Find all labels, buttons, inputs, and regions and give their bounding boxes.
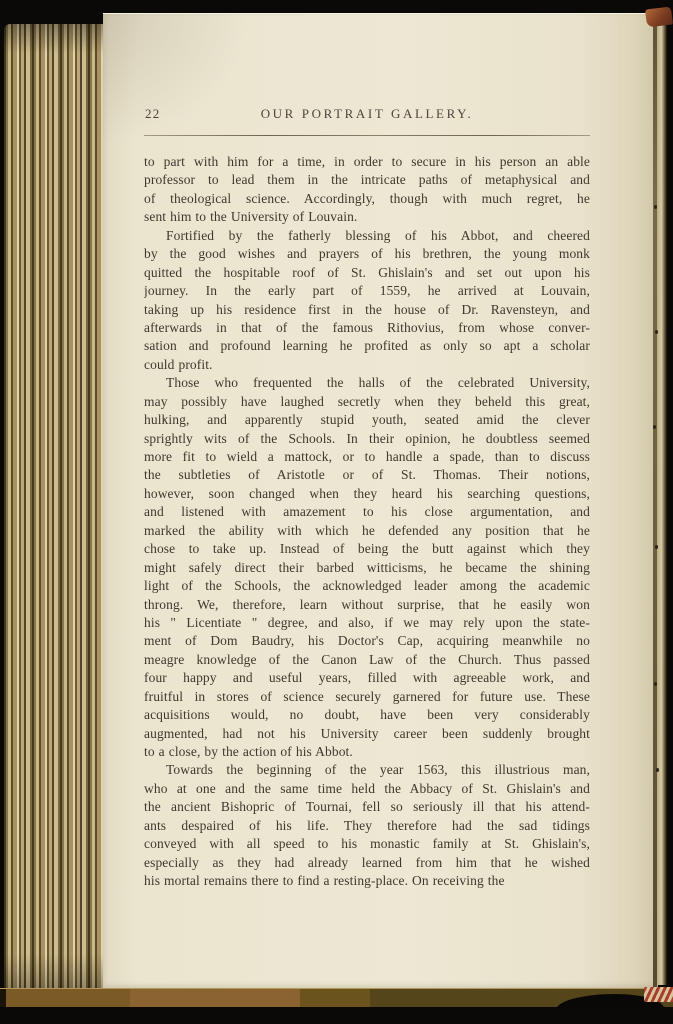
cover-corner	[645, 6, 673, 27]
text-line: meagre knowledge of the Canon Law of the…	[144, 651, 590, 669]
text-line: may possibly have laughed secretly when …	[144, 393, 590, 411]
text-line: Those who frequented the halls of the ce…	[144, 374, 590, 392]
text-line: quitted the hospitable roof of St. Ghisl…	[144, 264, 590, 282]
text-line: fruitful in stores of science securely g…	[144, 688, 590, 706]
text-line: the ancient Bishopric of Tournai, fell s…	[144, 798, 590, 816]
text-line: could profit.	[144, 356, 590, 374]
text-line: to part with him for a time, in order to…	[144, 153, 590, 171]
page-paper: 22 OUR PORTRAIT GALLERY. to part with hi…	[103, 13, 658, 989]
text-line: acquisitions would, no doubt, have been …	[144, 706, 590, 724]
text-line: afterwards in that of the famous Rithovi…	[144, 319, 590, 337]
text-line: by the good wishes and prayers of his br…	[144, 245, 590, 263]
text-line: more fit to wield a mattock, or to handl…	[144, 448, 590, 466]
text-line: professor to lead them in the intricate …	[144, 171, 590, 189]
headband	[644, 987, 673, 1002]
text-line: chose to take up. Instead of being the b…	[144, 540, 590, 558]
paragraph: Those who frequented the halls of the ce…	[144, 374, 590, 761]
text-line: the subtleties of Aristotle or of St. Th…	[144, 466, 590, 484]
text-line: conveyed with all speed to his monastic …	[144, 835, 590, 853]
text-line: however, soon changed when they heard hi…	[144, 485, 590, 503]
page-edge-speck	[655, 545, 658, 549]
text-line: journey. In the early part of 1559, he a…	[144, 282, 590, 300]
page-edge-speck	[653, 425, 656, 429]
text-line: might safely direct their barbed wittici…	[144, 559, 590, 577]
text-line: Fortified by the fatherly blessing of hi…	[144, 227, 590, 245]
text-line: sprightly wits of the Schools. In their …	[144, 430, 590, 448]
text-line: and listened with amazement to his close…	[144, 503, 590, 521]
page-edge-speck	[656, 768, 659, 772]
text-line: to a close, by the action of his Abbot.	[144, 743, 590, 761]
text-line: ants despaired of his life. They therefo…	[144, 817, 590, 835]
paragraph: Towards the beginning of the year 1563, …	[144, 761, 590, 890]
paragraph: to part with him for a time, in order to…	[144, 153, 590, 227]
adjacent-page-edge	[657, 17, 667, 985]
text-line: hulking, and apparently stupid youth, se…	[144, 411, 590, 429]
fore-edge-page-stack	[4, 24, 108, 990]
ink-speck	[163, 418, 165, 420]
text-line: four happy and useful years, filled with…	[144, 669, 590, 687]
text-block: to part with him for a time, in order to…	[144, 153, 590, 891]
page-edge-speck	[654, 205, 657, 209]
page-edge-speck	[655, 330, 658, 334]
text-line: of theological science. Accordingly, tho…	[144, 190, 590, 208]
text-line: light of the Schools, the acknowledged l…	[144, 577, 590, 595]
text-line: his mortal remains there to find a resti…	[144, 872, 590, 890]
header-rule	[144, 135, 590, 136]
text-line: augmented, had not his University career…	[144, 725, 590, 743]
text-line: marked the ability with which he defende…	[144, 522, 590, 540]
text-line: Towards the beginning of the year 1563, …	[144, 761, 590, 779]
text-line: sation and profound learning he profited…	[144, 337, 590, 355]
text-line: taking up his residence first in the hou…	[144, 301, 590, 319]
text-line: throng. We, therefore, learn without sur…	[144, 596, 590, 614]
text-line: sent him to the University of Louvain.	[144, 208, 590, 226]
text-line: especially as they had already learned f…	[144, 854, 590, 872]
text-line: who at one and the same time held the Ab…	[144, 780, 590, 798]
text-line: his " Licentiate " degree, and also, if …	[144, 614, 590, 632]
text-line: ment of Dom Baudry, his Doctor's Cap, ac…	[144, 632, 590, 650]
book-scan: 22 OUR PORTRAIT GALLERY. to part with hi…	[0, 0, 673, 1024]
paragraph: Fortified by the fatherly blessing of hi…	[144, 227, 590, 375]
running-header-title: OUR PORTRAIT GALLERY.	[144, 106, 590, 122]
page-edge-speck	[654, 682, 657, 686]
